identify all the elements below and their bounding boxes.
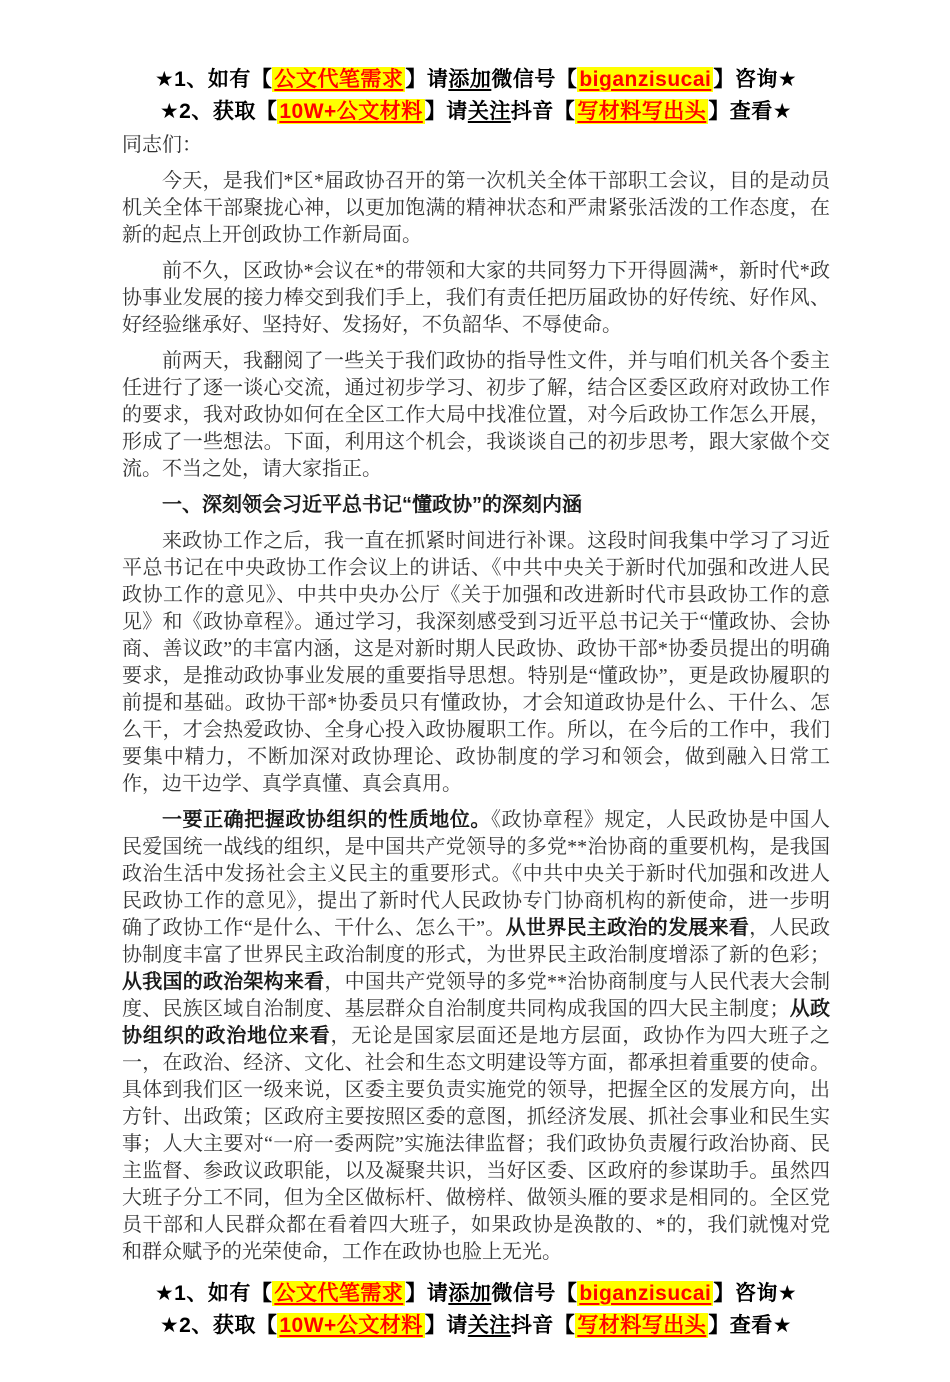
promo-text: ★1、如有【: [155, 68, 273, 91]
document-page: ★1、如有【公文代笔需求】请添加微信号【biganzisucai】咨询★★2、获…: [0, 0, 950, 1382]
promo-text: 抖音【: [511, 1314, 576, 1337]
promo-banner-top: ★1、如有【公文代笔需求】请添加微信号【biganzisucai】咨询★★2、获…: [122, 64, 830, 128]
promo-text: ★1、如有【: [155, 1282, 273, 1305]
promo-underline-text: 添加: [448, 68, 491, 91]
body-text: 同志们：: [122, 134, 202, 156]
promo-underline-text: 关注: [468, 100, 511, 123]
promo-line-1: ★1、如有【公文代笔需求】请添加微信号【biganzisucai】咨询★: [122, 64, 830, 96]
body-text: 前两天，我翻阅了一些关于我们政协的指导性文件，并与咱们机关各个委主任进行了逐一谈…: [122, 350, 830, 480]
emphasis-text: 一要正确把握政协组织的性质地位。: [162, 809, 491, 831]
paragraph-5: 一要正确把握政协组织的性质地位。《政协章程》规定，人民政协是中国人民爱国统一战线…: [122, 807, 830, 1266]
promo-highlight: 公文代笔需求: [272, 1281, 405, 1306]
promo-line-2: ★2、获取【10W+公文材料】请关注抖音【写材料写出头】查看★: [122, 96, 830, 128]
promo-highlight: 10W+公文材料: [277, 99, 424, 124]
promo-line-2: ★2、获取【10W+公文材料】请关注抖音【写材料写出头】查看★: [122, 1310, 830, 1342]
body-text: ，无论是国家层面还是地方层面，政协作为四大班子之一，在政治、经济、文化、社会和生…: [122, 1025, 830, 1263]
promo-text: 】查看★: [708, 100, 792, 123]
body-text: 今天，是我们*区*届政协召开的第一次机关全体干部职工会议，目的是动员机关全体干部…: [122, 170, 830, 246]
document-body: 同志们：今天，是我们*区*届政协召开的第一次机关全体干部职工会议，目的是动员机关…: [122, 132, 830, 1266]
paragraph-4: 来政协工作之后，我一直在抓紧时间进行补课。这段时间我集中学习了习近平总书记在中央…: [122, 528, 830, 798]
body-text: 来政协工作之后，我一直在抓紧时间进行补课。这段时间我集中学习了习近平总书记在中央…: [122, 530, 830, 795]
emphasis-text: 一、深刻领会习近平总书记“懂政协”的深刻内涵: [162, 494, 582, 516]
emphasis-text: 从我国的政治架构来看: [122, 971, 324, 993]
promo-text: 】咨询★: [713, 1282, 797, 1305]
promo-text: 】请: [425, 100, 468, 123]
paragraph-1: 今天，是我们*区*届政协召开的第一次机关全体干部职工会议，目的是动员机关全体干部…: [122, 168, 830, 249]
promo-line-1: ★1、如有【公文代笔需求】请添加微信号【biganzisucai】咨询★: [122, 1278, 830, 1310]
promo-text: 抖音【: [511, 100, 576, 123]
promo-highlight: biganzisucai: [577, 1281, 713, 1306]
promo-banner-bottom: ★1、如有【公文代笔需求】请添加微信号【biganzisucai】咨询★★2、获…: [122, 1278, 830, 1342]
promo-text: 】咨询★: [713, 68, 797, 91]
section-heading-1: 一、深刻领会习近平总书记“懂政协”的深刻内涵: [122, 492, 830, 519]
promo-highlight: biganzisucai: [577, 67, 713, 92]
promo-highlight: 写材料写出头: [575, 1313, 708, 1338]
promo-text: 】查看★: [708, 1314, 792, 1337]
promo-highlight: 写材料写出头: [575, 99, 708, 124]
promo-underline-text: 添加: [448, 1282, 491, 1305]
promo-text: 】请: [405, 68, 448, 91]
body-text: 前不久，区政协*会议在*的带领和大家的共同努力下开得圆满*，新时代*政协事业发展…: [122, 260, 830, 336]
promo-text: ★2、获取【: [160, 1314, 278, 1337]
salutation: 同志们：: [122, 132, 830, 159]
promo-text: ★2、获取【: [160, 100, 278, 123]
promo-highlight: 公文代笔需求: [272, 67, 405, 92]
promo-text: 】请: [425, 1314, 468, 1337]
promo-text: 微信号【: [491, 68, 577, 91]
emphasis-text: 从世界民主政治的发展来看: [506, 917, 750, 939]
promo-underline-text: 关注: [468, 1314, 511, 1337]
promo-text: 】请: [405, 1282, 448, 1305]
promo-highlight: 10W+公文材料: [277, 1313, 424, 1338]
paragraph-3: 前两天，我翻阅了一些关于我们政协的指导性文件，并与咱们机关各个委主任进行了逐一谈…: [122, 348, 830, 483]
paragraph-2: 前不久，区政协*会议在*的带领和大家的共同努力下开得圆满*，新时代*政协事业发展…: [122, 258, 830, 339]
promo-text: 微信号【: [491, 1282, 577, 1305]
